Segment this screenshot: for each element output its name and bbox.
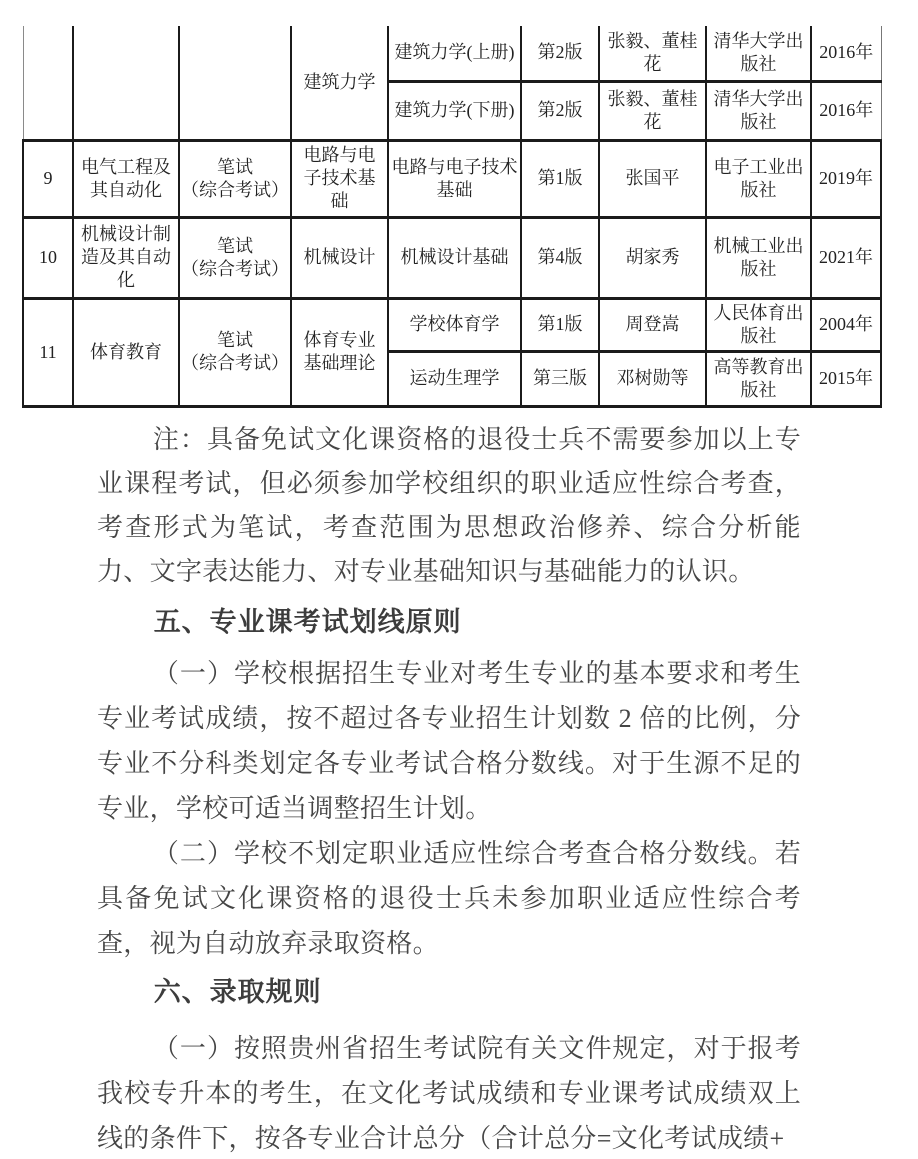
cell-title: 运动生理学 bbox=[388, 351, 521, 406]
cell-method: 笔试 （综合考试） bbox=[179, 298, 291, 406]
section-six-heading: 六、录取规则 bbox=[97, 970, 801, 1014]
cell-author: 张毅、董桂花 bbox=[599, 81, 706, 140]
cell-author: 胡家秀 bbox=[599, 217, 706, 298]
table-row: 建筑力学建筑力学(上册)第2版张毅、董桂花清华大学出版社2016年 bbox=[23, 26, 881, 81]
cell-author: 邓树勋等 bbox=[599, 351, 706, 406]
section-five-heading: 五、专业课考试划线原则 bbox=[97, 600, 801, 644]
cell-method: 笔试 （综合考试） bbox=[179, 140, 291, 217]
cell-major: 体育教育 bbox=[73, 298, 179, 406]
cell-year: 2021年 bbox=[811, 217, 881, 298]
table-row: 9电气工程及其自动化笔试 （综合考试）电路与电子技术基础电路与电子技术基础第1版… bbox=[23, 140, 881, 217]
cell-subject: 机械设计 bbox=[291, 217, 388, 298]
cell-author: 张国平 bbox=[599, 140, 706, 217]
cell-major: 机械设计制造及其自动化 bbox=[73, 217, 179, 298]
table-row: 11体育教育笔试 （综合考试）体育专业基础理论学校体育学第1版周登嵩人民体育出版… bbox=[23, 298, 881, 351]
cell-title: 建筑力学(上册) bbox=[388, 26, 521, 81]
section-five-paragraph-2: （二）学校不划定职业适应性综合考查合格分数线。若具备免试文化课资格的退役士兵未参… bbox=[97, 831, 801, 966]
textbook-table-body: 建筑力学建筑力学(上册)第2版张毅、董桂花清华大学出版社2016年建筑力学(下册… bbox=[23, 26, 881, 406]
note-paragraph: 注：具备免试文化课资格的退役士兵不需要参加以上专业课程考试，但必须参加学校组织的… bbox=[97, 418, 801, 594]
cell-year: 2015年 bbox=[811, 351, 881, 406]
cell-no: 11 bbox=[23, 298, 73, 406]
cell-edition: 第1版 bbox=[521, 298, 599, 351]
cell-title: 电路与电子技术基础 bbox=[388, 140, 521, 217]
cell-subject: 电路与电子技术基础 bbox=[291, 140, 388, 217]
cell-major: 电气工程及其自动化 bbox=[73, 140, 179, 217]
cell-edition: 第2版 bbox=[521, 26, 599, 81]
cell-publisher: 高等教育出版社 bbox=[706, 351, 811, 406]
cell-publisher: 清华大学出版社 bbox=[706, 26, 811, 81]
cell-edition: 第三版 bbox=[521, 351, 599, 406]
cell-title: 建筑力学(下册) bbox=[388, 81, 521, 140]
cell-year: 2016年 bbox=[811, 81, 881, 140]
cell-no bbox=[23, 26, 73, 140]
cell-edition: 第2版 bbox=[521, 81, 599, 140]
cell-year: 2016年 bbox=[811, 26, 881, 81]
cell-author: 周登嵩 bbox=[599, 298, 706, 351]
cell-publisher: 人民体育出版社 bbox=[706, 298, 811, 351]
cell-major bbox=[73, 26, 179, 140]
document-page: 建筑力学建筑力学(上册)第2版张毅、董桂花清华大学出版社2016年建筑力学(下册… bbox=[0, 0, 918, 1159]
cell-method: 笔试 （综合考试） bbox=[179, 217, 291, 298]
cell-no: 9 bbox=[23, 140, 73, 217]
cell-subject: 建筑力学 bbox=[291, 26, 388, 140]
cell-title: 学校体育学 bbox=[388, 298, 521, 351]
cell-publisher: 机械工业出版社 bbox=[706, 217, 811, 298]
section-five-paragraph-1: （一）学校根据招生专业对考生专业的基本要求和考生专业考试成绩，按不超过各专业招生… bbox=[97, 651, 801, 831]
cell-publisher: 清华大学出版社 bbox=[706, 81, 811, 140]
cell-edition: 第1版 bbox=[521, 140, 599, 217]
cell-no: 10 bbox=[23, 217, 73, 298]
table-row: 10机械设计制造及其自动化笔试 （综合考试）机械设计机械设计基础第4版胡家秀机械… bbox=[23, 217, 881, 298]
cell-author: 张毅、董桂花 bbox=[599, 26, 706, 81]
cell-title: 机械设计基础 bbox=[388, 217, 521, 298]
document-body: 注：具备免试文化课资格的退役士兵不需要参加以上专业课程考试，但必须参加学校组织的… bbox=[97, 418, 801, 1159]
section-six-paragraph-1: （一）按照贵州省招生考试院有关文件规定，对于报考我校专升本的考生，在文化考试成绩… bbox=[97, 1026, 801, 1159]
textbook-table: 建筑力学建筑力学(上册)第2版张毅、董桂花清华大学出版社2016年建筑力学(下册… bbox=[22, 26, 882, 408]
cell-publisher: 电子工业出版社 bbox=[706, 140, 811, 217]
cell-year: 2004年 bbox=[811, 298, 881, 351]
cell-method bbox=[179, 26, 291, 140]
cell-subject: 体育专业基础理论 bbox=[291, 298, 388, 406]
cell-year: 2019年 bbox=[811, 140, 881, 217]
cell-edition: 第4版 bbox=[521, 217, 599, 298]
